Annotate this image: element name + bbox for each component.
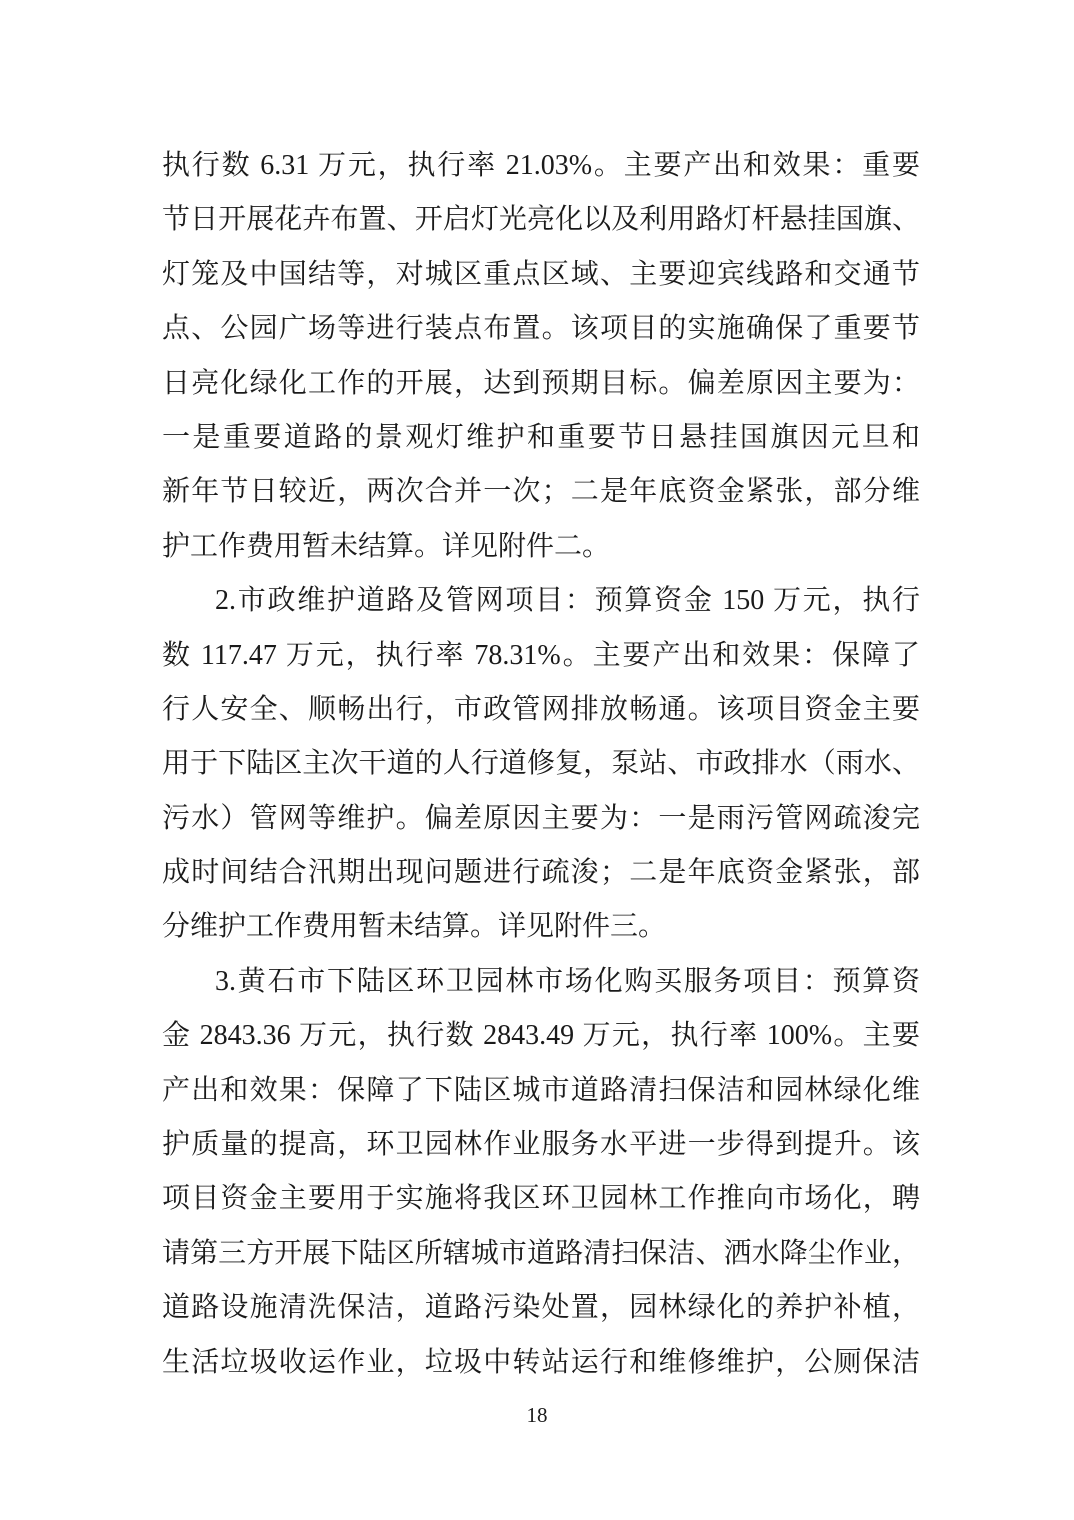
document-line: 日亮化绿化工作的开展，达到预期目标。偏差原因主要为： <box>162 357 920 411</box>
document-line: 一是重要道路的景观灯维护和重要节日悬挂国旗因元旦和 <box>162 411 920 465</box>
document-line: 道路设施清洗保洁，道路污染处置，园林绿化的养护补植， <box>162 1281 920 1335</box>
document-line: 点、公园广场等进行装点布置。该项目的实施确保了重要节 <box>162 302 920 356</box>
document-line: 成时间结合汛期出现问题进行疏浚；二是年底资金紧张，部 <box>162 846 920 900</box>
document-line: 产出和效果：保障了下陆区城市道路清扫保洁和园林绿化维 <box>162 1064 920 1118</box>
document-line: 用于下陆区主次干道的人行道修复，泵站、市政排水（雨水、 <box>162 737 920 791</box>
document-line: 金 2843.36 万元，执行数 2843.49 万元，执行率 100%。主要 <box>162 1009 920 1063</box>
document-page: 执行数 6.31 万元，执行率 21.03%。主要产出和效果：重要节日开展花卉布… <box>0 0 1074 1520</box>
document-line: 请第三方开展下陆区所辖城市道路清扫保洁、洒水降尘作业， <box>162 1227 920 1281</box>
document-line: 分维护工作费用暂未结算。详见附件三。 <box>162 900 920 954</box>
document-line: 节日开展花卉布置、开启灯光亮化以及利用路灯杆悬挂国旗、 <box>162 193 920 247</box>
document-line: 护质量的提高，环卫园林作业服务水平进一步得到提升。该 <box>162 1118 920 1172</box>
document-line: 数 117.47 万元，执行率 78.31%。主要产出和效果：保障了 <box>162 629 920 683</box>
document-line: 项目资金主要用于实施将我区环卫园林工作推向市场化，聘 <box>162 1172 920 1226</box>
document-line: 2.市政维护道路及管网项目：预算资金 150 万元，执行 <box>162 574 920 628</box>
document-line: 3.黄石市下陆区环卫园林市场化购买服务项目：预算资 <box>162 955 920 1009</box>
document-line: 灯笼及中国结等，对城区重点区域、主要迎宾线路和交通节 <box>162 248 920 302</box>
document-line: 污水）管网等维护。偏差原因主要为：一是雨污管网疏浚完 <box>162 792 920 846</box>
document-line: 生活垃圾收运作业，垃圾中转站运行和维修维护，公厕保洁 <box>162 1336 920 1390</box>
document-line: 护工作费用暂未结算。详见附件二。 <box>162 520 920 574</box>
text-block: 执行数 6.31 万元，执行率 21.03%。主要产出和效果：重要节日开展花卉布… <box>162 139 920 1390</box>
document-line: 行人安全、顺畅出行，市政管网排放畅通。该项目资金主要 <box>162 683 920 737</box>
document-line: 新年节日较近，两次合并一次；二是年底资金紧张，部分维 <box>162 465 920 519</box>
page-number: 18 <box>0 1400 1074 1430</box>
document-line: 执行数 6.31 万元，执行率 21.03%。主要产出和效果：重要 <box>162 139 920 193</box>
